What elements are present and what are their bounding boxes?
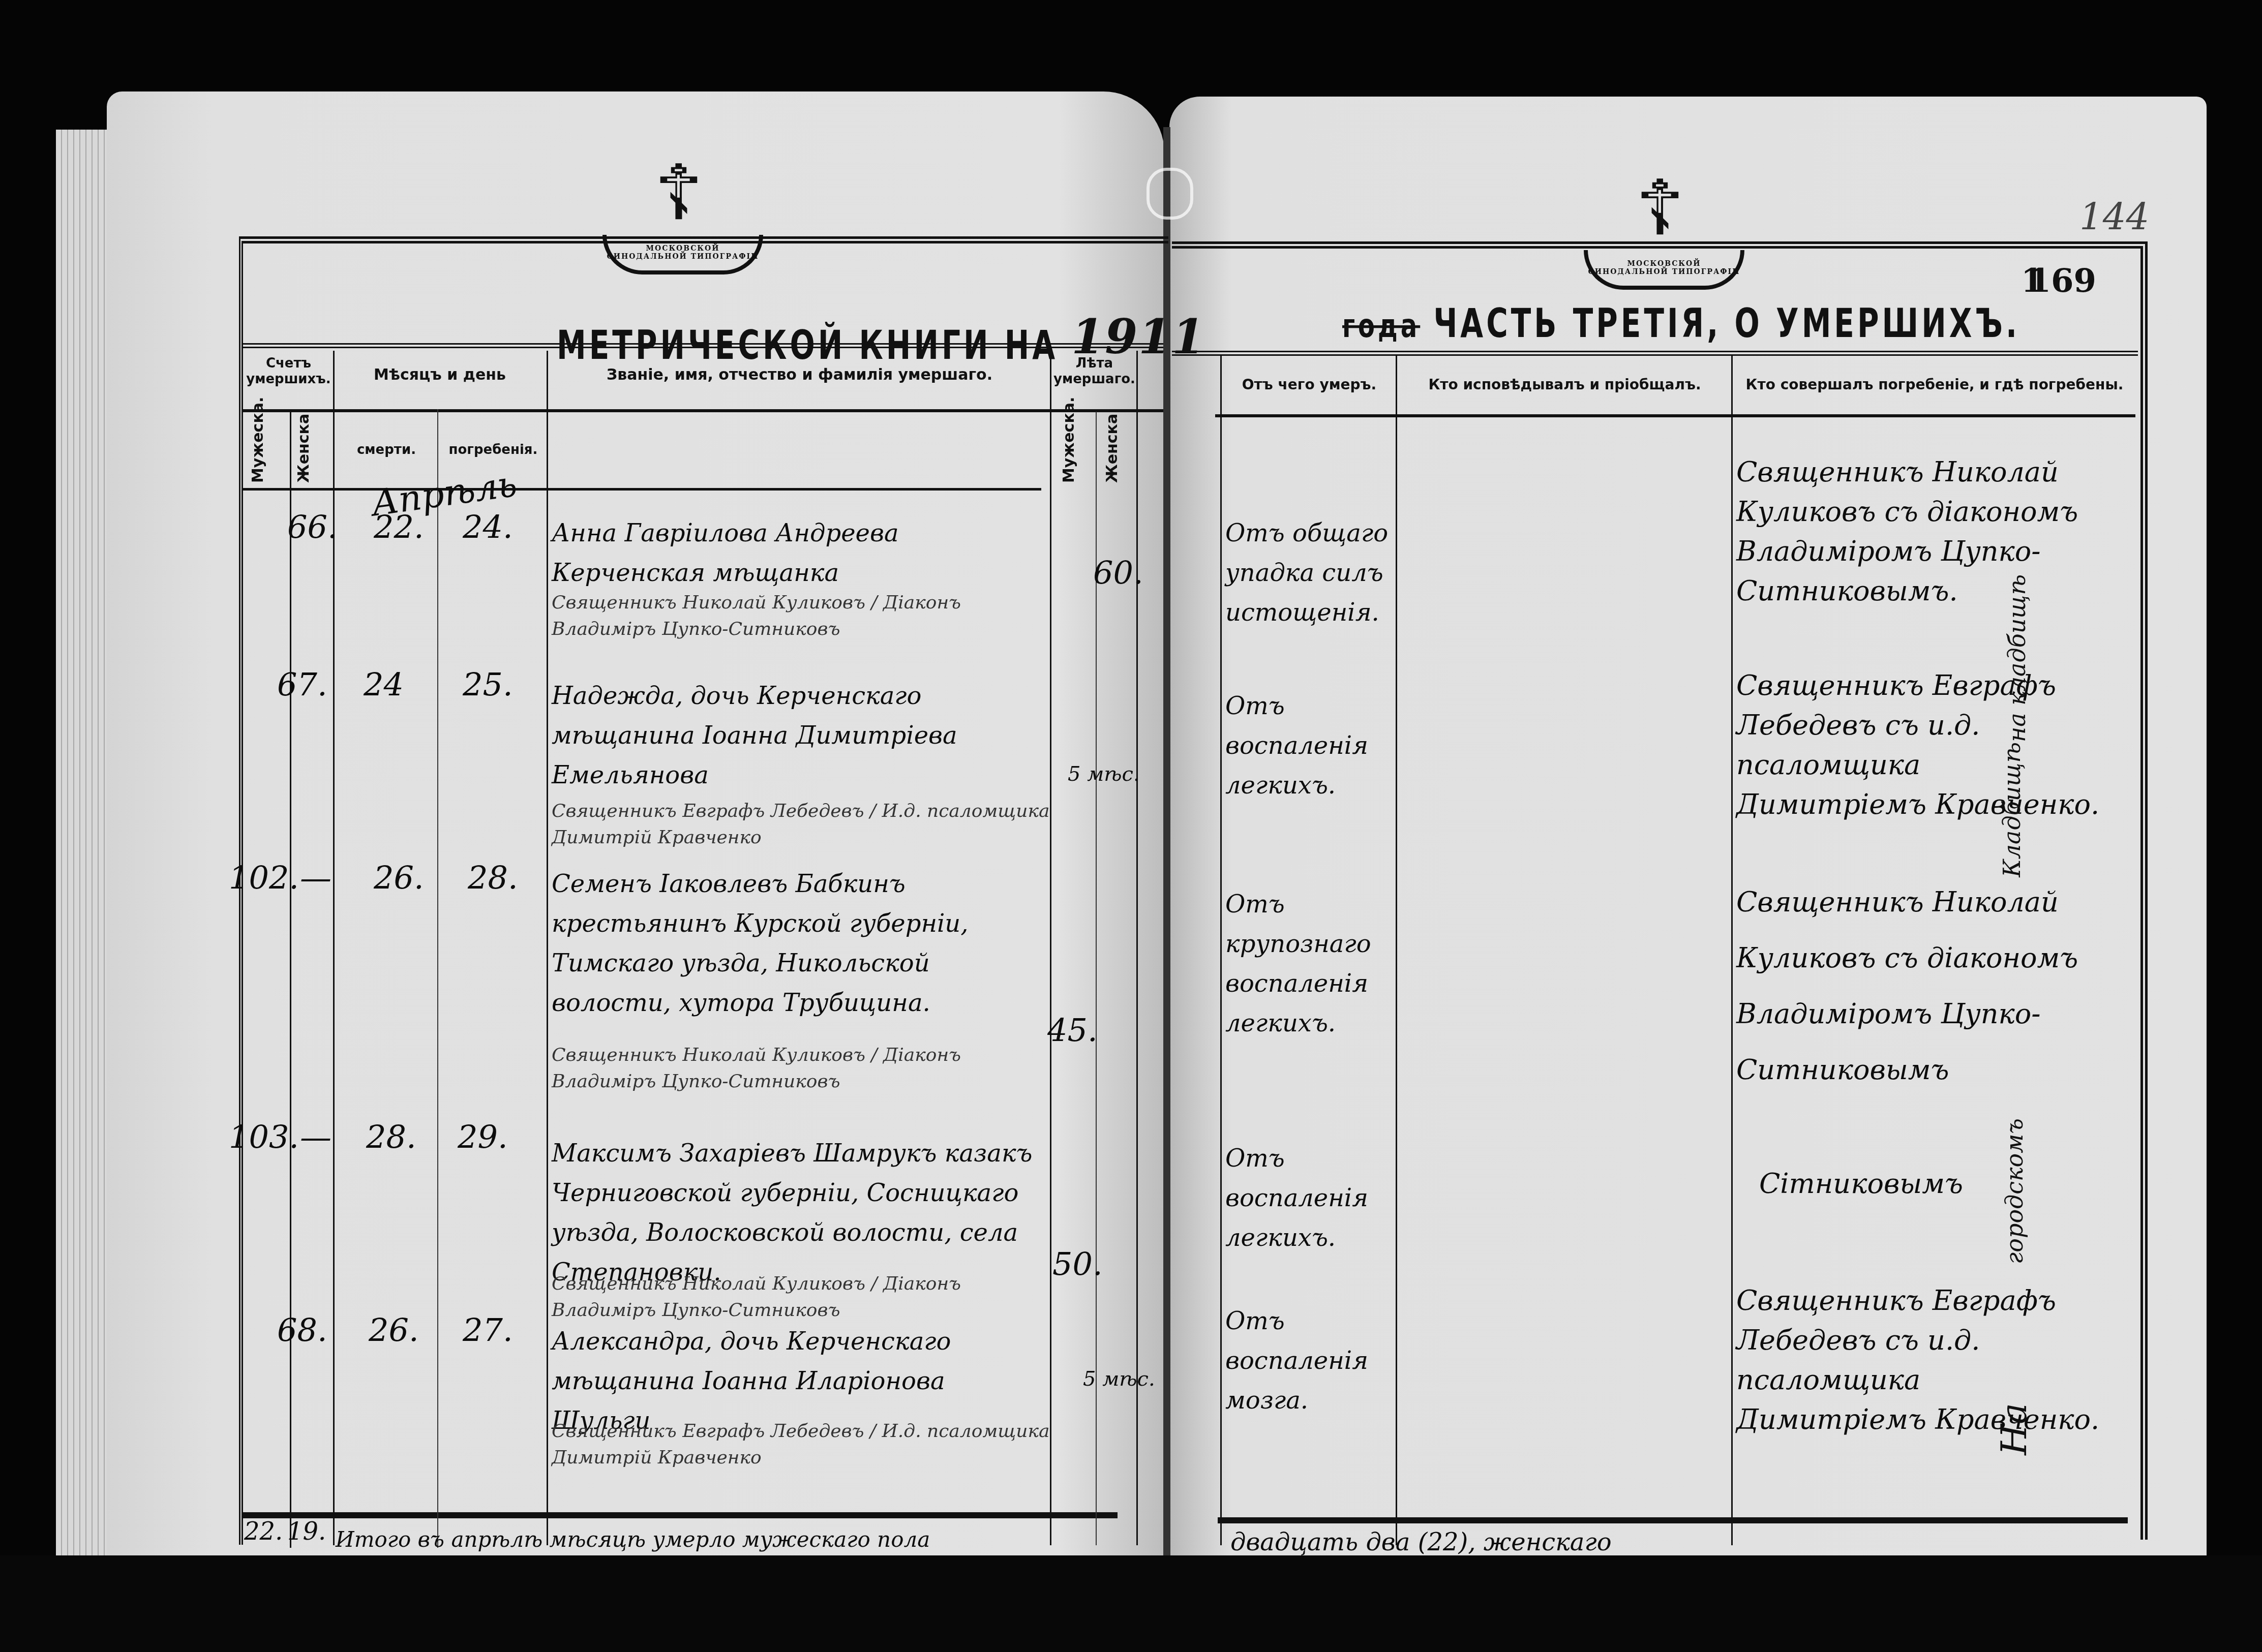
col-divider — [437, 409, 438, 1548]
col-divider — [1136, 351, 1138, 1545]
entry-female-no: 67. — [277, 666, 327, 703]
entry-age-female: 5 мѣс. — [1083, 1367, 1155, 1391]
header-age-male: Мужеска. — [1060, 422, 1078, 483]
entry-name: Максимъ Захарiевъ Шамрукъ казакъ Черниго… — [552, 1134, 1047, 1292]
entry-signature: Священникъ Евграфъ Лебедевъ / И.д. псало… — [552, 1418, 1060, 1471]
margin-note: на кладбищѣ — [2003, 574, 2031, 742]
col-divider — [290, 409, 291, 1548]
total-female: 19. — [287, 1517, 326, 1546]
header-date-burial: погребенія. — [440, 442, 547, 458]
entry-male-no: 103. — [229, 1118, 299, 1155]
col-divider — [1050, 351, 1051, 1545]
header-top-rule — [1172, 351, 2138, 356]
page-number-value: 169 — [2029, 262, 2097, 300]
header-count-male: Мужеска. — [249, 422, 267, 483]
entry-name: Надежда, дочь Керченскаго мѣщанина Іоанн… — [552, 676, 1047, 795]
entry-death-day: 26. — [374, 859, 424, 896]
binding-thread — [1147, 168, 1193, 220]
entry-age-female: 60. — [1093, 554, 1143, 591]
entry-burial-day: 29. — [458, 1118, 508, 1155]
col-divider — [1731, 356, 1733, 1545]
entry-burial-by: Священникъ Евграфъ Лебедевъ съ и.д. псал… — [1736, 666, 2113, 824]
page-title-right: года ЧАСТЬ ТРЕТІЯ, О УМЕРШИХЪ. — [1342, 300, 2020, 347]
entry-death-day: 26. — [369, 1311, 419, 1349]
title-printed: ЧАСТЬ ТРЕТІЯ, О УМЕРШИХЪ. — [1433, 300, 2020, 347]
entry-death-day: 28. — [366, 1118, 416, 1155]
header-date-death: смерти. — [336, 442, 437, 458]
margin-note: На — [1993, 1403, 2035, 1455]
totals-rule — [243, 1512, 1118, 1518]
entry-signature: Священникъ Николай Куликовъ / Діаконъ Вл… — [552, 1271, 1060, 1324]
entry-age-female: 5 мѣс. — [1068, 762, 1140, 786]
header-top-rule — [243, 343, 1163, 348]
header-date: Мѣсяцъ и день — [336, 366, 544, 384]
entry-burial-by: Священникъ Николай Куликовъ съ діакономъ… — [1736, 874, 2113, 1098]
entry-cause: Отъ воспаленія легкихъ. — [1225, 686, 1393, 805]
header-age-female: Женска. — [1103, 422, 1122, 483]
entry-cause: Отъ воспаленія легкихъ. — [1225, 1139, 1393, 1258]
header-count: Счетъ умершихъ. — [244, 356, 333, 387]
entry-cause: Отъ воспаленія мозга. — [1225, 1301, 1393, 1420]
header-bottom-rule — [243, 488, 1041, 491]
entry-death-day: 22. — [374, 508, 424, 545]
header-confessor: Кто исповѣдывалъ и пріобщалъ. — [1398, 376, 1731, 393]
col-divider — [547, 351, 548, 1545]
header-name: Званіе, имя, отчество и фамилія умершаго… — [549, 366, 1050, 384]
title-struck-word: года — [1342, 307, 1420, 346]
double-headed-eagle-icon: ☦ — [618, 142, 740, 244]
printed-page-number: 1169 — [2021, 262, 2096, 300]
entry-male-no: 102. — [229, 859, 299, 896]
header-burial: Кто совершалъ погребеніе, и гдѣ погребен… — [1734, 376, 2135, 393]
header-cause: Отъ чего умеръ. — [1223, 376, 1396, 393]
entry-age-male: 50. — [1052, 1245, 1103, 1282]
entry-signature: Священникъ Евграфъ Лебедевъ / И.д. псало… — [552, 798, 1060, 851]
header-mid-rule — [243, 409, 1163, 412]
entry-cause: Отъ общаго упадка силъ истощенія. — [1225, 513, 1393, 632]
header-age: Лѣта умершаго. — [1052, 356, 1136, 387]
entry-burial-by: Священникъ Евграфъ Лебедевъ съ и.д. псал… — [1736, 1281, 2113, 1440]
entry-death-day: 24 — [364, 666, 404, 703]
entry-burial-day: 28. — [468, 859, 518, 896]
entry-female-no: 68. — [277, 1311, 327, 1349]
entry-name: Анна Гавріилова Андреева Керченская мѣща… — [552, 513, 1047, 593]
entry-burial-day: 27. — [463, 1311, 513, 1349]
col-divider — [1220, 356, 1222, 1545]
total-male: 22. — [244, 1517, 283, 1546]
margin-note: Кладбищѣ — [1998, 742, 2026, 877]
entry-cause: Отъ крупознаго воспаленія легкихъ. — [1225, 884, 1393, 1043]
entry-female-no: — — [300, 1118, 331, 1155]
entry-burial-by: Священникъ Николай Куликовъ съ діакономъ… — [1736, 452, 2113, 611]
entry-age-male: 45. — [1047, 1012, 1098, 1049]
totals-summary-left: Итого въ апрѣлѣ мѣсяцѣ умерло мужескаго … — [336, 1520, 1098, 1559]
entry-signature: Священникъ Николай Куликовъ / Діаконъ Вл… — [552, 590, 1060, 643]
margin-note: городскомъ — [2001, 1118, 2028, 1264]
entry-signature: Священникъ Николай Куликовъ / Діаконъ Вл… — [552, 1042, 1060, 1095]
entry-female-no: — — [300, 859, 331, 896]
archive-page-number: 144 — [2079, 196, 2149, 238]
header-mid-rule — [1215, 414, 2135, 417]
col-divider — [1396, 356, 1397, 1545]
scan-background — [0, 1555, 2262, 1652]
entry-female-no: 66. — [287, 508, 338, 545]
header-count-female: Женска. — [295, 422, 313, 483]
entry-burial-day: 24. — [463, 508, 513, 545]
entry-name: Семенъ Іаковлевъ Бабкинъ крестьянинъ Кур… — [552, 864, 1047, 1023]
entry-burial-day: 25. — [463, 666, 513, 703]
